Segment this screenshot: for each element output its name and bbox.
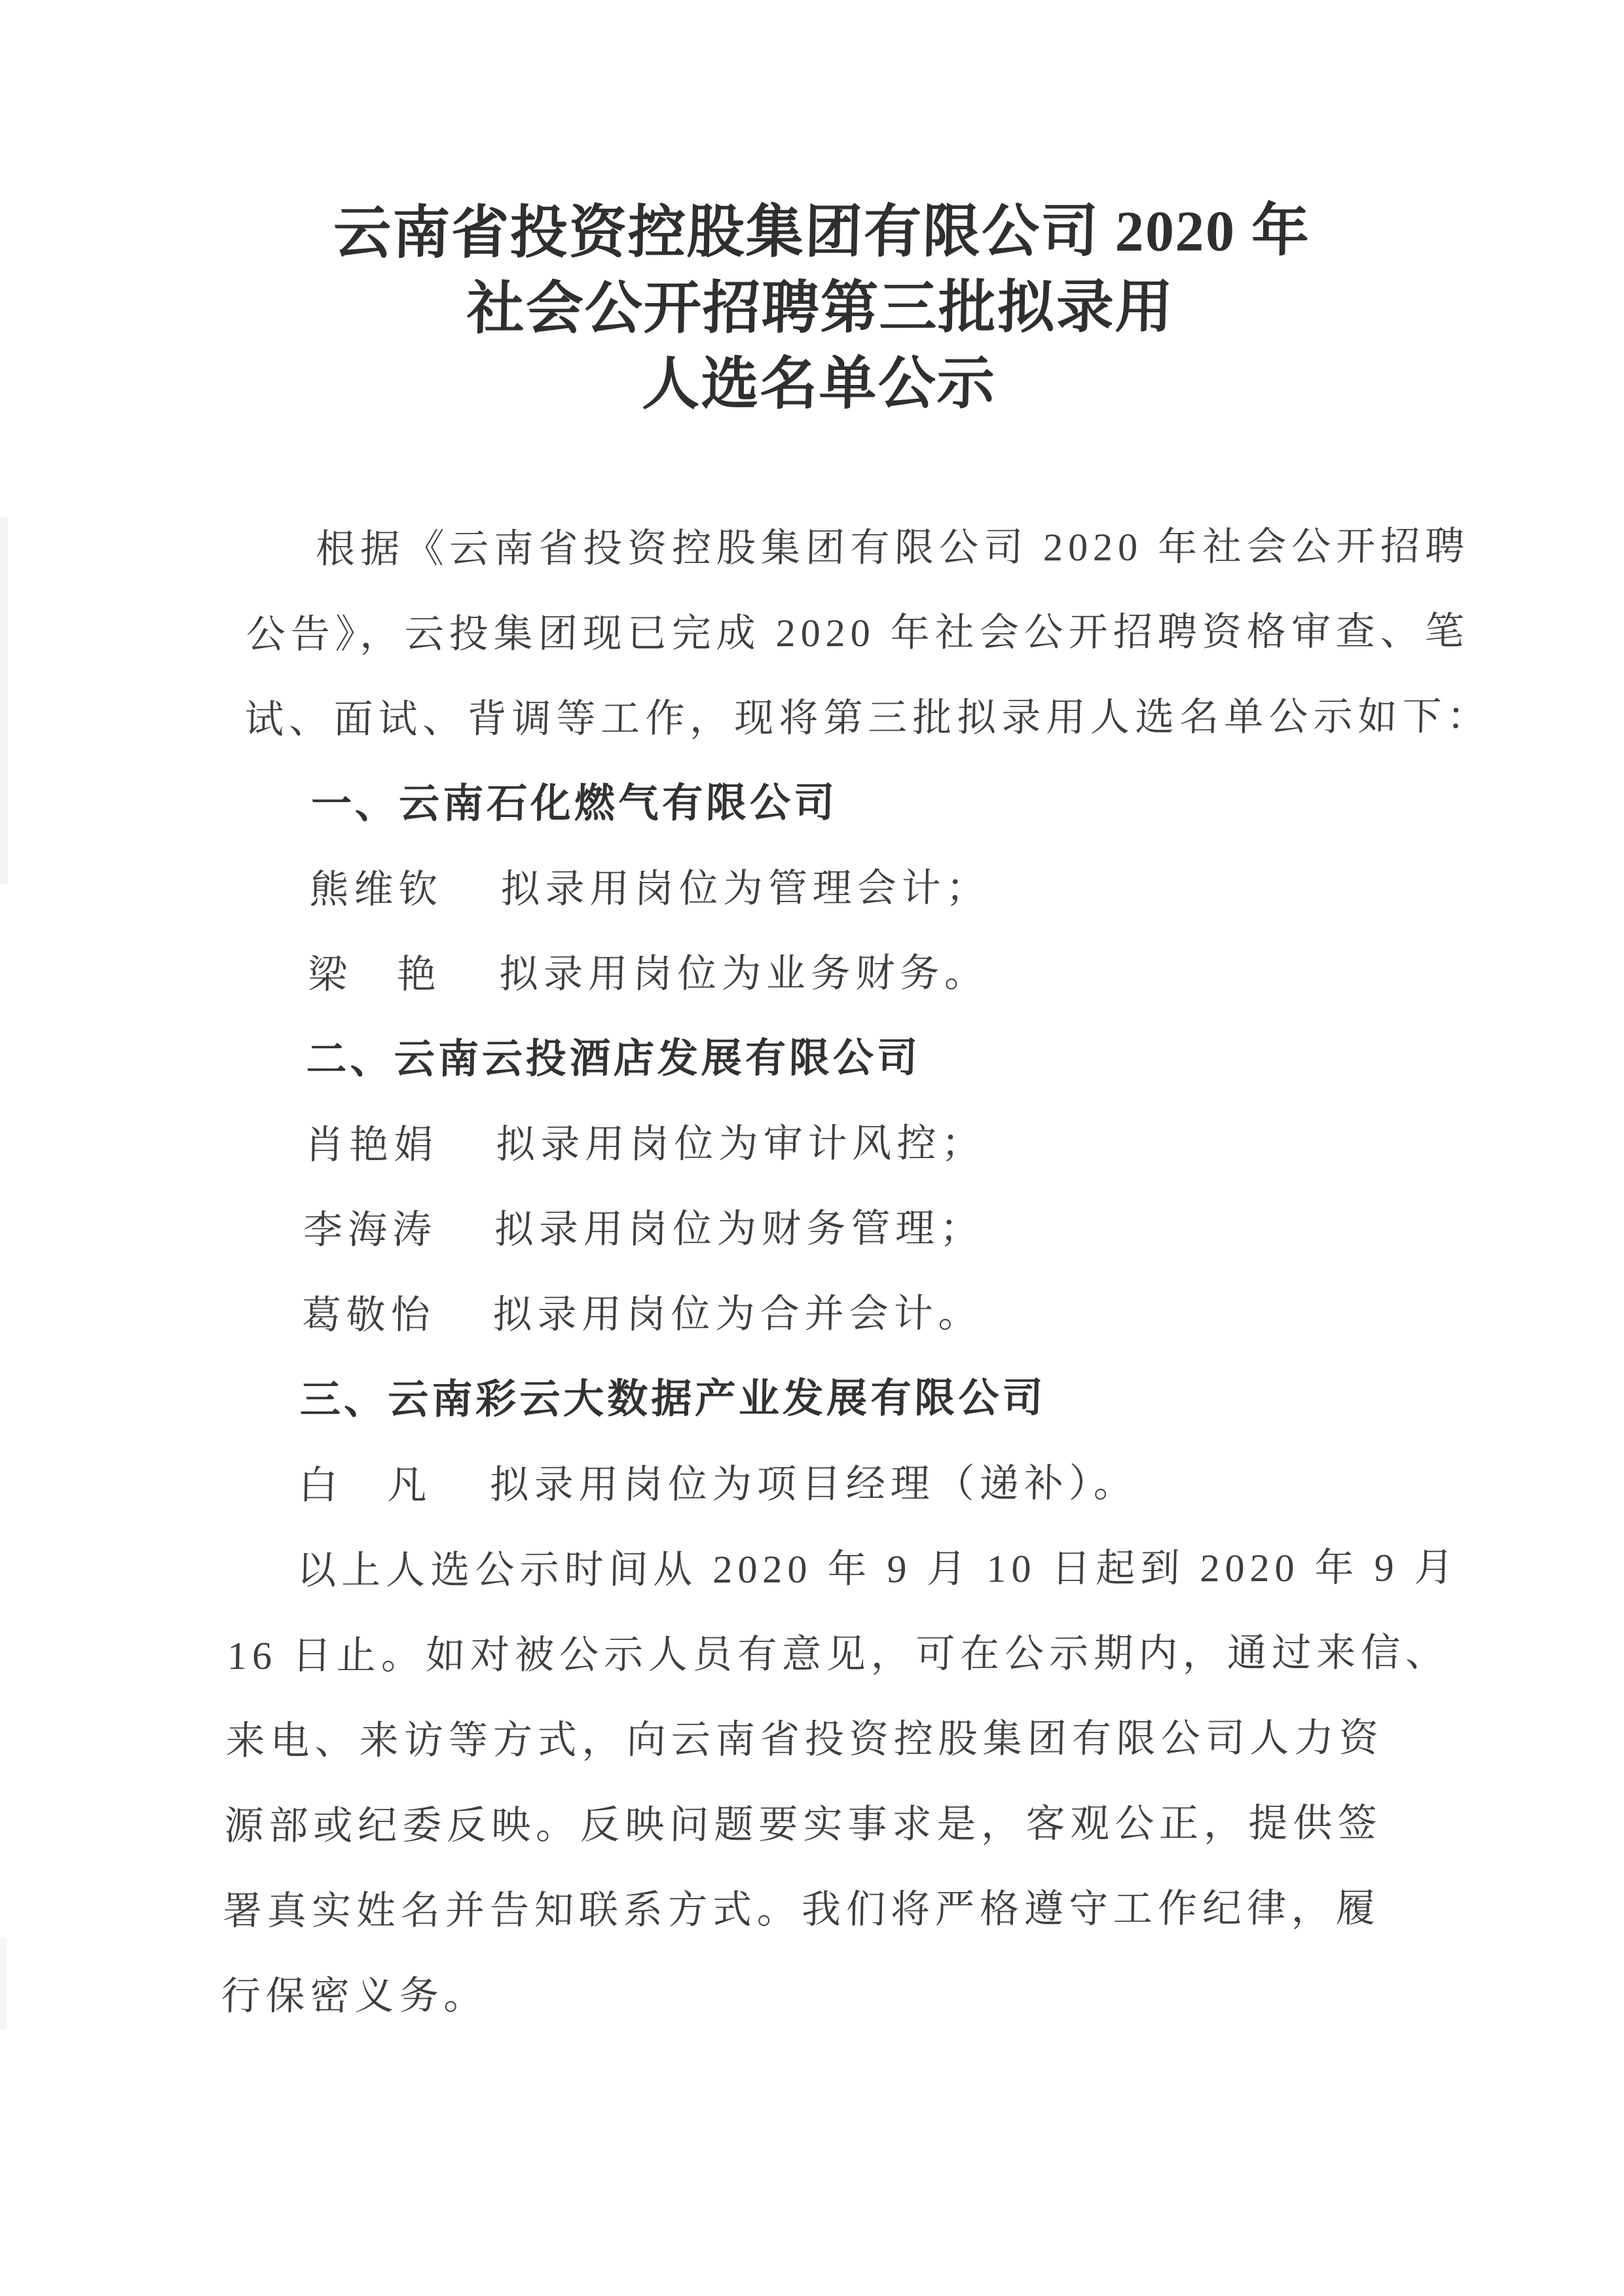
closing-paragraph-line: 署真实姓名并告知联系方式。我们将严格遵守工作纪律，履 bbox=[222, 1866, 1360, 1954]
candidate-name: 熊维钦 bbox=[308, 847, 501, 932]
candidate-name: 白 凡 bbox=[298, 1442, 490, 1528]
candidate-entry: 肖艳娟拟录用岗位为审计风控； bbox=[236, 1100, 1374, 1188]
intro-paragraph-line: 根据《云南省投资控股集团有限公司 2020 年社会公开招聘 bbox=[247, 504, 1385, 592]
scan-edge-artifact bbox=[0, 1938, 7, 2030]
candidate-position: 拟录用岗位为业务财务。 bbox=[499, 951, 989, 996]
document-content: 云南省投资控股集团有限公司 2020 年 社会公开招聘第三批拟录用 人选名单公示… bbox=[220, 194, 1391, 2039]
intro-paragraph-line: 试、面试、背调等工作，现将第三批拟录用人选名单公示如下： bbox=[244, 674, 1382, 763]
closing-paragraph-line: 16 日止。如对被公示人员有意见，可在公示期内，通过来信、 bbox=[227, 1611, 1365, 1699]
candidate-name: 梁 艳 bbox=[307, 932, 500, 1017]
document-title: 云南省投资控股集团有限公司 2020 年 社会公开招聘第三批拟录用 人选名单公示 bbox=[250, 194, 1391, 425]
scan-edge-artifact bbox=[0, 517, 8, 884]
candidate-entry: 熊维钦拟录用岗位为管理会计； bbox=[240, 845, 1378, 933]
document-body: 根据《云南省投资控股集团有限公司 2020 年社会公开招聘 公告》，云投集团现已… bbox=[220, 504, 1385, 2039]
candidate-position: 拟录用岗位为项目经理（递补）。 bbox=[489, 1462, 1138, 1507]
closing-paragraph-line: 源部或纪委反映。反映问题要实事求是，客观公正，提供签 bbox=[223, 1781, 1361, 1869]
candidate-position: 拟录用岗位为财务管理； bbox=[494, 1207, 984, 1251]
candidate-entry: 白 凡拟录用岗位为项目经理（递补）。 bbox=[230, 1440, 1368, 1529]
candidate-name: 李海涛 bbox=[303, 1187, 495, 1273]
section-heading-company-3: 三、云南彩云大数据产业发展有限公司 bbox=[231, 1355, 1369, 1444]
candidate-position: 拟录用岗位为审计风控； bbox=[496, 1121, 986, 1166]
intro-paragraph-line: 公告》，云投集团现已完成 2020 年社会公开招聘资格审查、笔 bbox=[246, 589, 1384, 678]
candidate-name: 肖艳娟 bbox=[304, 1102, 496, 1188]
closing-paragraph-line: 来电、来访等方式，向云南省投资控股集团有限公司人力资 bbox=[225, 1696, 1363, 1784]
document-title-line: 云南省投资控股集团有限公司 2020 年 bbox=[253, 194, 1391, 273]
document-title-line: 社会公开招聘第三批拟录用 bbox=[251, 270, 1390, 349]
candidate-name: 葛敬怡 bbox=[301, 1272, 493, 1358]
section-heading-company-2: 二、云南云投酒店发展有限公司 bbox=[238, 1015, 1376, 1103]
candidate-entry: 葛敬怡拟录用岗位为合并会计。 bbox=[232, 1270, 1371, 1358]
document-title-line: 人选名单公示 bbox=[250, 346, 1388, 425]
candidate-position: 拟录用岗位为合并会计。 bbox=[492, 1292, 983, 1336]
closing-paragraph-line: 以上人选公示时间从 2020 年 9 月 10 日起到 2020 年 9 月 bbox=[228, 1525, 1366, 1614]
closing-paragraph-line: 行保密义务。 bbox=[220, 1951, 1358, 2039]
section-heading-company-1: 一、云南石化燃气有限公司 bbox=[242, 759, 1380, 848]
scanned-document-page: 云南省投资控股集团有限公司 2020 年 社会公开招聘第三批拟录用 人选名单公示… bbox=[0, 0, 1624, 2296]
candidate-entry: 李海涛拟录用岗位为财务管理； bbox=[234, 1185, 1373, 1273]
candidate-position: 拟录用岗位为管理会计； bbox=[500, 866, 991, 911]
candidate-entry: 梁 艳拟录用岗位为业务财务。 bbox=[239, 930, 1377, 1018]
